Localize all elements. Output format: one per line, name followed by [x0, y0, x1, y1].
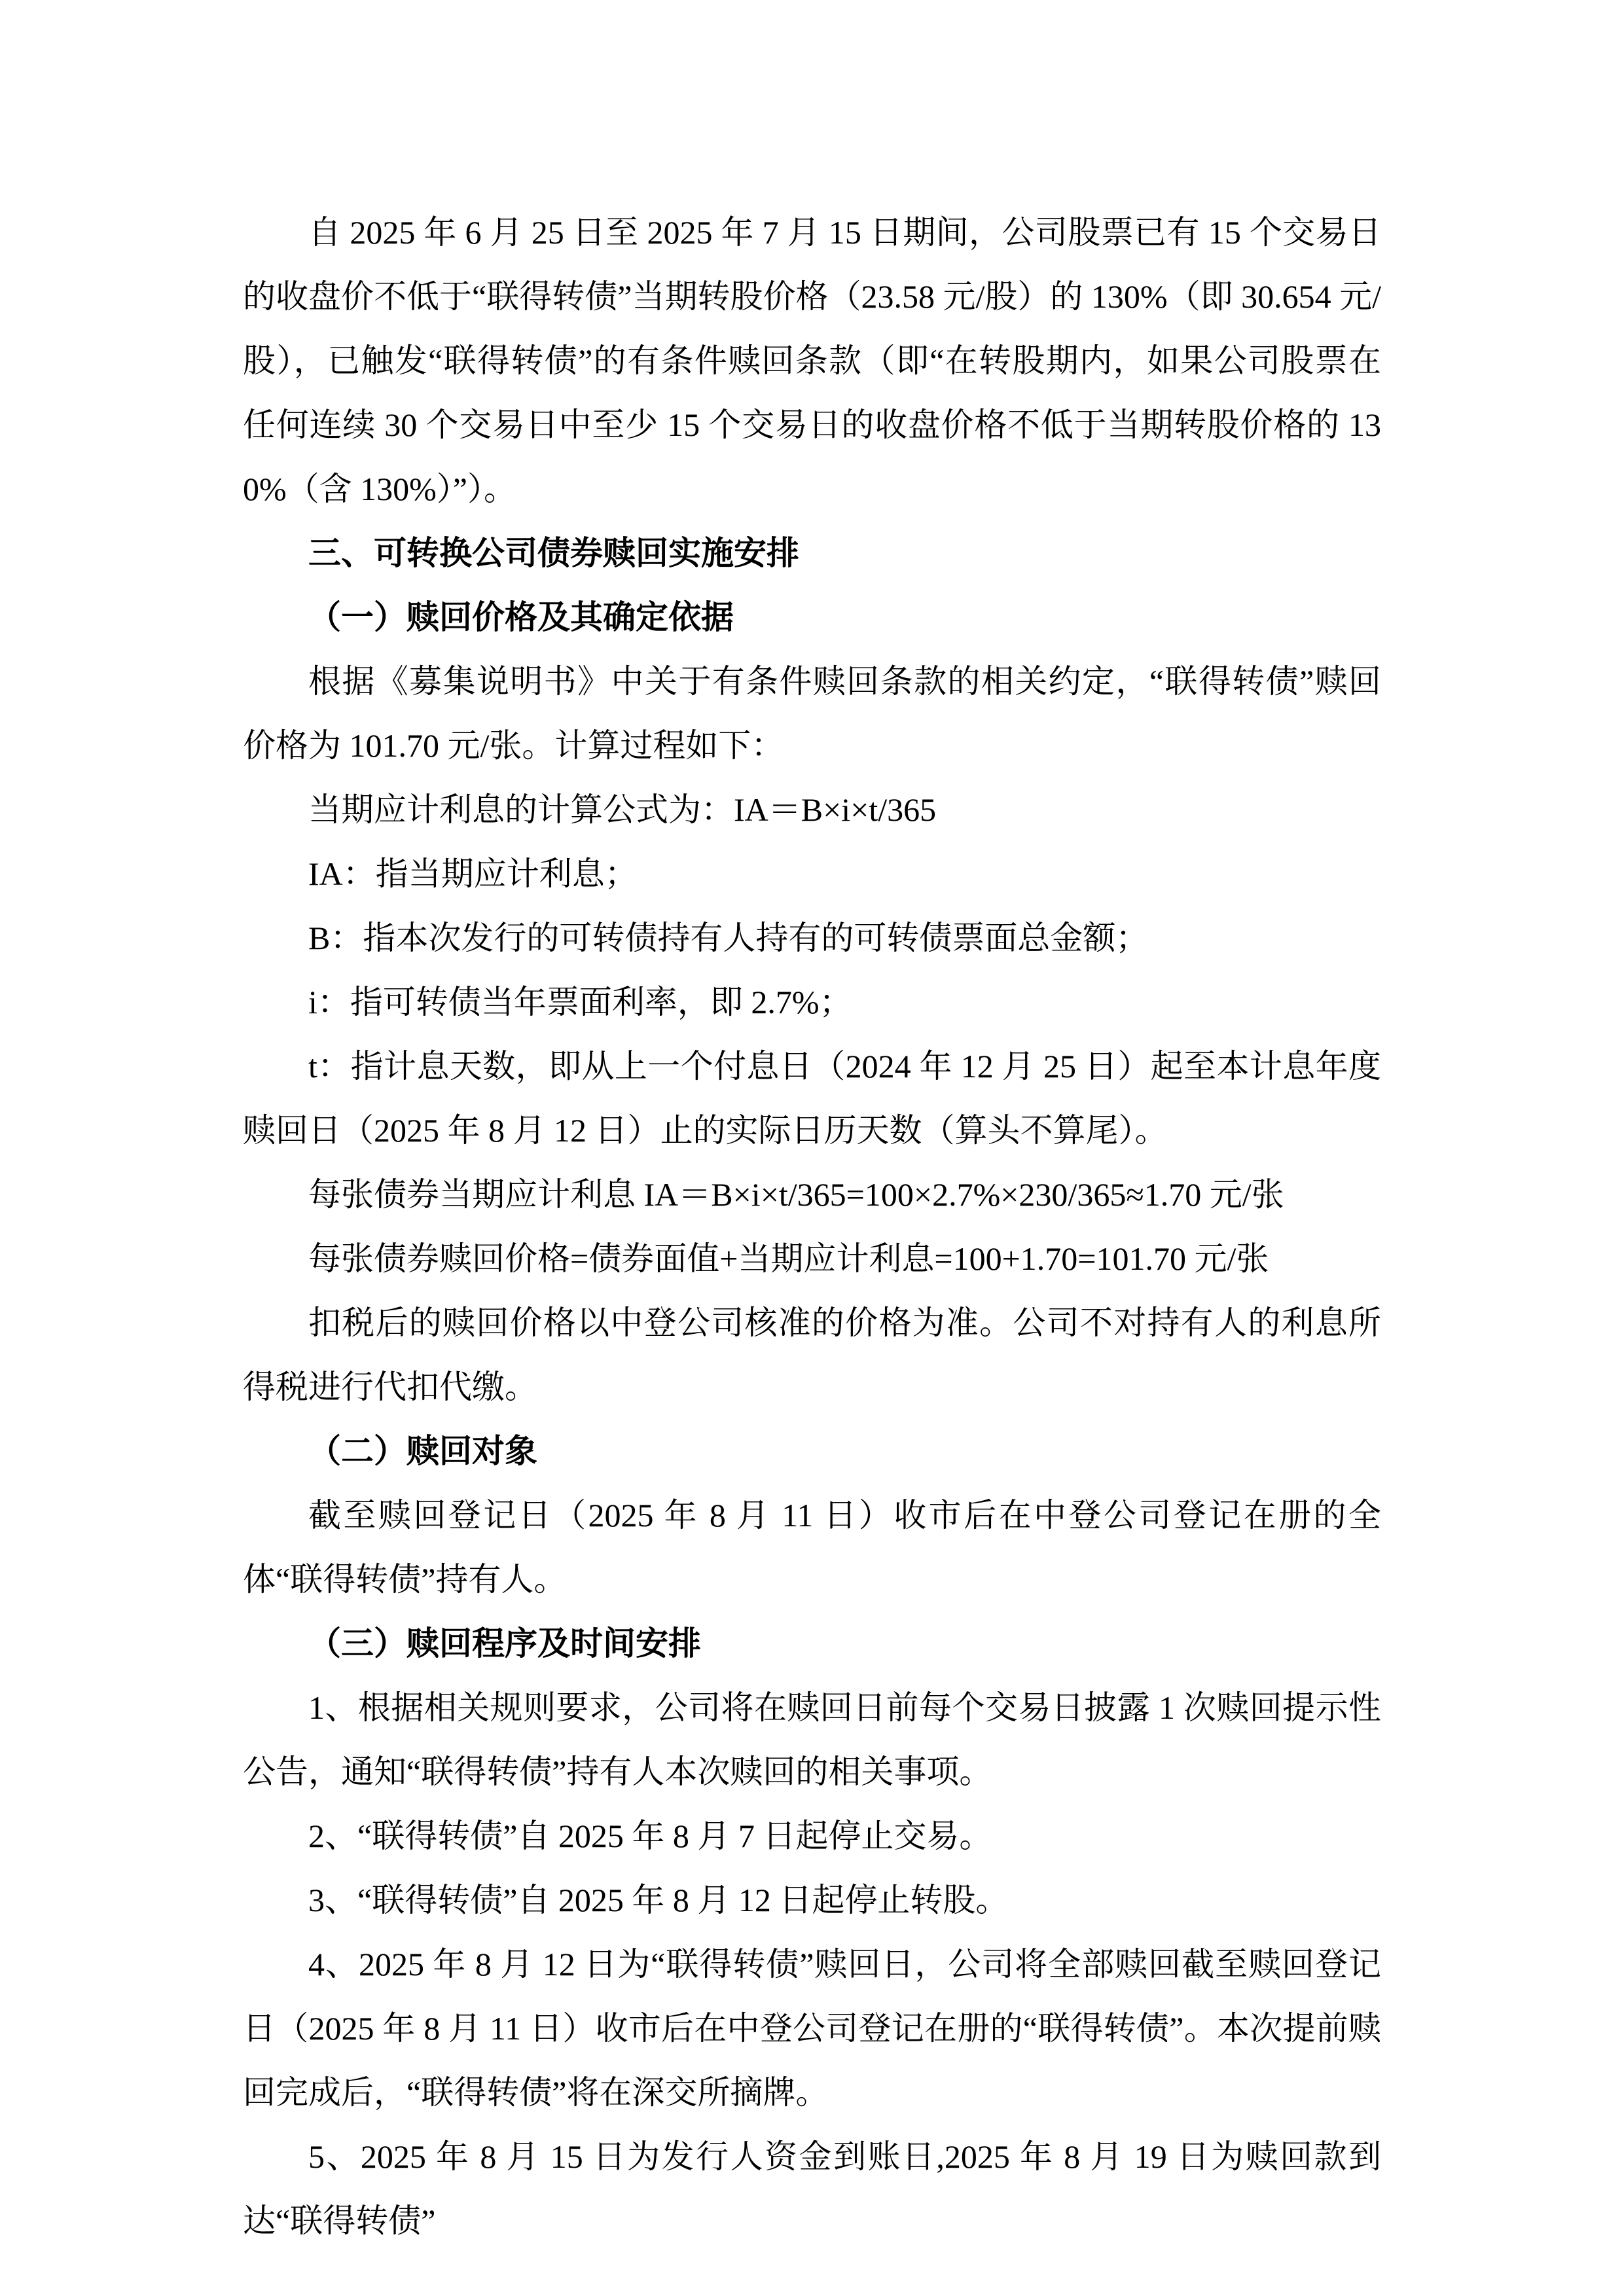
b-definition-paragraph: B：指本次发行的可转债持有人持有的可转债票面总金额； [243, 906, 1381, 970]
redemption-price-basis-paragraph: 根据《募集说明书》中关于有条件赎回条款的相关约定，“联得转债”赎回价格为 101… [243, 649, 1381, 778]
accrued-interest-calculation-paragraph: 每张债券当期应计利息 IA＝B×i×t/365=100×2.7%×230/365… [243, 1162, 1381, 1227]
interest-formula-paragraph: 当期应计利息的计算公式为：IA＝B×i×t/365 [243, 778, 1381, 842]
document-page: 自 2025 年 6 月 25 日至 2025 年 7 月 15 日期间，公司股… [0, 0, 1624, 2296]
procedure-item-3-paragraph: 3、“联得转债”自 2025 年 8 月 12 日起停止转股。 [243, 1868, 1381, 1932]
procedure-item-1-paragraph: 1、根据相关规则要求，公司将在赎回日前每个交易日披露 1 次赎回提示性公告，通知… [243, 1676, 1381, 1804]
t-definition-paragraph: t：指计息天数，即从上一个付息日（2024 年 12 月 25 日）起至本计息年… [243, 1034, 1381, 1162]
subsection-2-heading: （二）赎回对象 [243, 1419, 1381, 1483]
procedure-item-4-paragraph: 4、2025 年 8 月 12 日为“联得转债”赎回日，公司将全部赎回截至赎回登… [243, 1932, 1381, 2125]
tax-note-paragraph: 扣税后的赎回价格以中登公司核准的价格为准。公司不对持有人的利息所得税进行代扣代缴… [243, 1291, 1381, 1419]
section-heading: 三、可转换公司债券赎回实施安排 [243, 521, 1381, 585]
procedure-item-5-paragraph: 5、2025 年 8 月 15 日为发行人资金到账日,2025 年 8 月 19… [243, 2125, 1381, 2253]
redemption-target-paragraph: 截至赎回登记日（2025 年 8 月 11 日）收市后在中登公司登记在册的全体“… [243, 1483, 1381, 1611]
subsection-1-heading: （一）赎回价格及其确定依据 [243, 585, 1381, 649]
procedure-item-2-paragraph: 2、“联得转债”自 2025 年 8 月 7 日起停止交易。 [243, 1804, 1381, 1868]
i-definition-paragraph: i：指可转债当年票面利率，即 2.7%； [243, 970, 1381, 1034]
ia-definition-paragraph: IA：指当期应计利息； [243, 842, 1381, 906]
intro-paragraph: 自 2025 年 6 月 25 日至 2025 年 7 月 15 日期间，公司股… [243, 200, 1381, 521]
subsection-3-heading: （三）赎回程序及时间安排 [243, 1611, 1381, 1676]
redemption-price-calculation-paragraph: 每张债券赎回价格=债券面值+当期应计利息=100+1.70=101.70 元/张 [243, 1227, 1381, 1291]
